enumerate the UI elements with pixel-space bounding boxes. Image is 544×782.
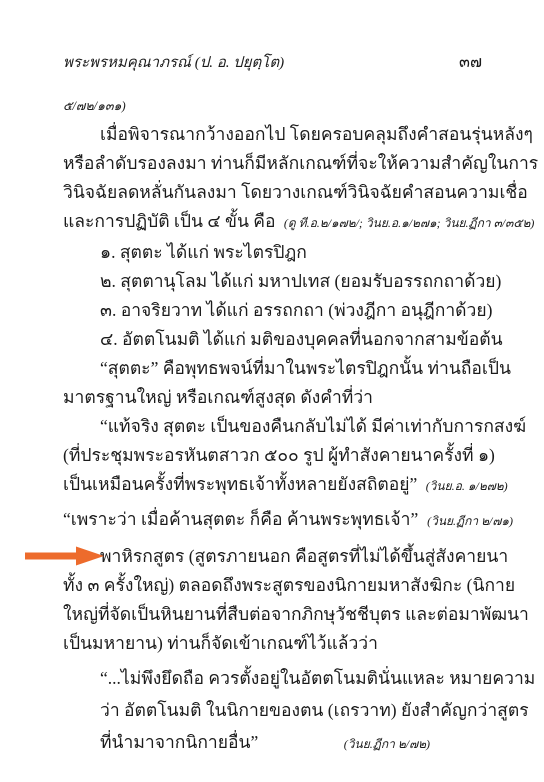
paragraph-criteria-intro: เมื่อพิจารณากว้างออกไป โดยครอบคลุมถึงคำส…: [63, 120, 482, 238]
list-item: ๔. อัตตโนมติ ได้แก่ มติของบุคคลที่นอกจาก…: [63, 325, 482, 354]
margin-arrow-icon: [25, 546, 105, 566]
text-line: “สุตตะ” คือพุทธพจน์ที่มาในพระไตรปิฎกนั้น…: [63, 354, 482, 383]
text-line: เป็นเหมือนครั้งที่พระพุทธเจ้าทั้งหลายยัง…: [63, 470, 482, 501]
running-reference: ๕/๗๒/๑๓๑): [63, 96, 482, 114]
running-header-author: พระพรหมคุณาภรณ์ (ป. อ. ปยุตฺโต): [63, 50, 284, 74]
quotation-block-3: “...ไม่พึงยึดถือ ควรตั้งอยู่ในอัตตโนมติน…: [63, 662, 482, 760]
text-line: ที่นำมาจากนิกายอื่น” (วินย.ฏีกา ๒/๗๒): [63, 726, 430, 760]
text-line: ว่า อัตตโนมติ ในนิกายของตน (เถรวาท) ยังส…: [63, 694, 430, 726]
text-line: ใหญ่ที่จัดเป็นหินยานที่สืบต่อจากภิกษุวัช…: [63, 600, 482, 629]
text-segment: “เพราะว่า เมื่อค้านสุตตะ ก็คือ ค้านพระพุ…: [63, 505, 418, 534]
text-line: เป็นมหายาน) ท่านก็จัดเข้าเกณฑ์ไว้แล้วว่า: [63, 629, 482, 658]
text-line: พาหิรกสูตร (สูตรภายนอก คือสูตรที่ไม่ได้ข…: [63, 542, 482, 571]
quotation-block-1: “แท้จริง สุตตะ เป็นของคืนกลับไม่ได้ มีค่…: [63, 412, 482, 501]
paragraph-bahiraka-sutta: พาหิรกสูตร (สูตรภายนอก คือสูตรที่ไม่ได้ข…: [63, 542, 482, 658]
paragraph-sutta: “สุตตะ” คือพุทธพจน์ที่มาในพระไตรปิฎกนั้น…: [63, 354, 482, 412]
document-page: พระพรหมคุณาภรณ์ (ป. อ. ปยุตฺโต) ๓๗ ๕/๗๒/…: [0, 0, 544, 782]
text-segment: ที่นำมาจากนิกายอื่น”: [100, 726, 258, 758]
list-item: ๓. อาจริยวาท ได้แก่ อรรถกถา (พ่วงฎีกา อน…: [63, 296, 482, 325]
citation: (วินย.อ. ๑/๒๗๒): [426, 479, 508, 493]
page-header: พระพรหมคุณาภรณ์ (ป. อ. ปยุตฺโต) ๓๗: [63, 50, 482, 72]
criteria-list: ๑. สุตตะ ได้แก่ พระไตรปิฎก ๒. สุตตานุโลม…: [63, 238, 482, 354]
text-line: ทั้ง ๓ ครั้งใหญ่) ตลอดถึงพระสูตรของนิกาย…: [63, 571, 482, 600]
text-segment: เป็นเหมือนครั้งที่พระพุทธเจ้าทั้งหลายยัง…: [63, 474, 417, 494]
text-line: หรือลำดับรองลงมา ท่านก็มีหลักเกณฑ์ที่จะใ…: [63, 149, 482, 178]
text-line: “...ไม่พึงยึดถือ ควรตั้งอยู่ในอัตตโนมติน…: [63, 662, 430, 694]
text-line: มาตรฐานใหญ่ หรือเกณฑ์สูงสุด ดังคำที่ว่า: [63, 383, 482, 412]
text-line: วินิจฉัยลดหลั่นกันลงมา โดยวางเกณฑ์วินิจฉ…: [63, 178, 482, 207]
text-segment: และการปฏิบัติ เป็น ๔ ขั้น คือ: [63, 211, 276, 231]
quotation-block-2: “เพราะว่า เมื่อค้านสุตตะ ก็คือ ค้านพระพุ…: [63, 505, 513, 536]
page-number: ๓๗: [459, 50, 482, 75]
citation: (วินย.ฏีกา ๒/๗๑): [427, 507, 513, 536]
citation: (วินย.ฏีกา ๒/๗๒): [344, 728, 430, 760]
text-line: และการปฏิบัติ เป็น ๔ ขั้น คือ (ดู ที.อ.๒…: [63, 207, 482, 238]
arrow-shape: [25, 547, 104, 566]
list-item: ๒. สุตตานุโลม ได้แก่ มหาปเทส (ยอมรับอรรถ…: [63, 267, 482, 296]
citation: (ดู ที.อ.๒/๑๗๒/; วินย.อ.๑/๒๗๑; วินย.ฏีกา…: [284, 216, 534, 230]
text-line: “แท้จริง สุตตะ เป็นของคืนกลับไม่ได้ มีค่…: [63, 412, 482, 441]
text-line: “เพราะว่า เมื่อค้านสุตตะ ก็คือ ค้านพระพุ…: [63, 505, 513, 536]
text-line: (ที่ประชุมพระอรหันตสาวก ๕๐๐ รูป ผู้ทำสัง…: [63, 441, 482, 470]
text-line: เมื่อพิจารณากว้างออกไป โดยครอบคลุมถึงคำส…: [63, 120, 482, 149]
list-item: ๑. สุตตะ ได้แก่ พระไตรปิฎก: [63, 238, 482, 267]
